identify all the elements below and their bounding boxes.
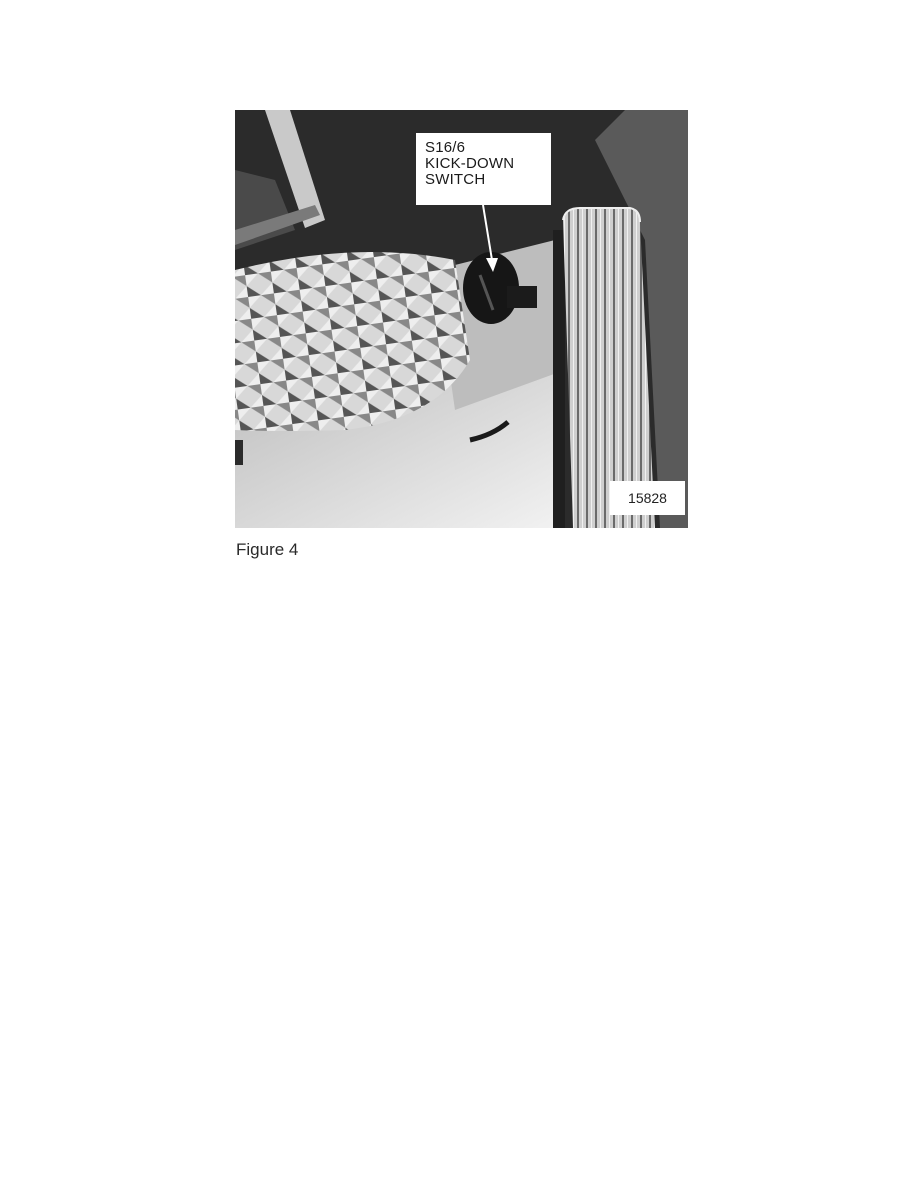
kick-down-switch-callout: S16/6 KICK-DOWN SWITCH — [416, 133, 551, 205]
figure-photo: S16/6 KICK-DOWN SWITCH 15828 — [235, 110, 688, 528]
callout-line-name: KICK-DOWN — [425, 156, 551, 172]
callout-line-part-number: S16/6 — [425, 140, 551, 156]
figure-reference-number: 15828 — [610, 481, 685, 515]
callout-line-type: SWITCH — [425, 172, 551, 188]
figure-caption: Figure 4 — [236, 540, 298, 560]
